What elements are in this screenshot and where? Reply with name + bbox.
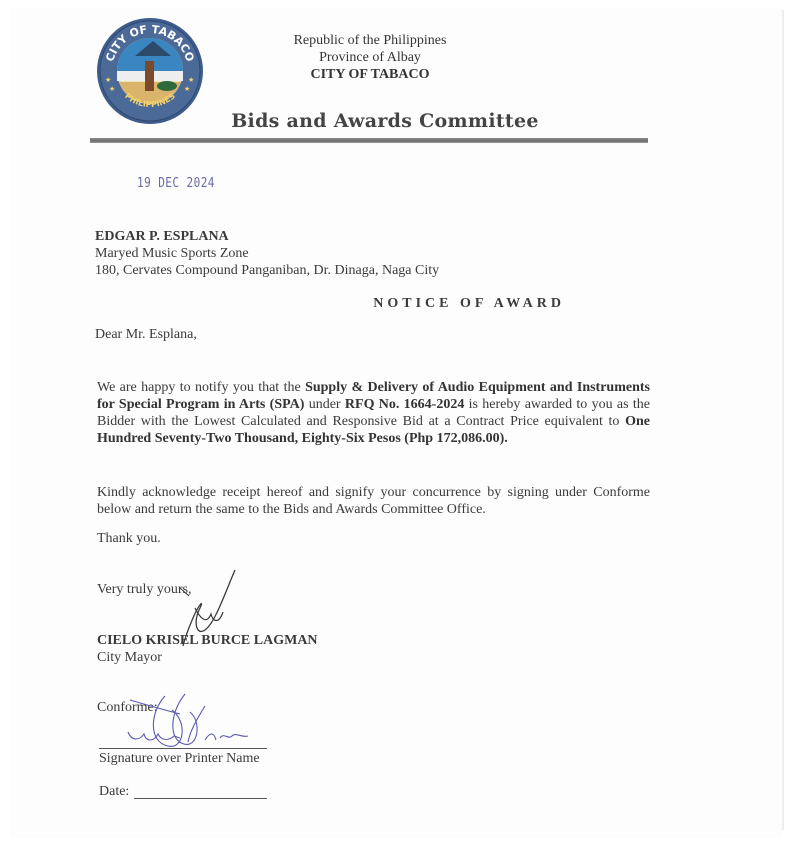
award-paragraph: We are happy to notify you that the Supp… bbox=[97, 379, 650, 447]
svg-text:★: ★ bbox=[184, 85, 190, 93]
signature-line bbox=[99, 748, 267, 749]
svg-text:★: ★ bbox=[188, 76, 194, 84]
document-title: NOTICE OF AWARD bbox=[95, 296, 565, 312]
office-title: Bids and Awards Committee bbox=[220, 110, 550, 132]
addressee-block: EDGAR P. ESPLANA Maryed Music Sports Zon… bbox=[95, 228, 439, 279]
signer-name: CIELO KRISEL BURCE LAGMAN bbox=[97, 633, 318, 649]
scan-edge bbox=[782, 10, 784, 830]
addressee-company: Maryed Music Sports Zone bbox=[95, 245, 439, 262]
signer-title: City Mayor bbox=[97, 650, 162, 666]
header-divider bbox=[90, 138, 648, 143]
svg-text:★: ★ bbox=[109, 85, 115, 93]
svg-text:★: ★ bbox=[105, 76, 111, 84]
date-label: Date: bbox=[99, 784, 129, 800]
header-province: Province of Albay bbox=[220, 49, 520, 66]
bidder-signature bbox=[110, 692, 260, 754]
addressee-name: EDGAR P. ESPLANA bbox=[95, 228, 439, 245]
thanks-line: Thank you. bbox=[97, 531, 161, 547]
salutation: Dear Mr. Esplana, bbox=[95, 327, 197, 343]
rfq-number: RFQ No. 1664-2024 bbox=[345, 397, 464, 412]
award-text: We are happy to notify you that the bbox=[97, 380, 305, 395]
header-city: CITY OF TABACO bbox=[220, 66, 520, 83]
signature-caption: Signature over Printer Name bbox=[99, 751, 260, 767]
date-field-line bbox=[134, 798, 267, 799]
addressee-address: 180, Cervates Compound Panganiban, Dr. D… bbox=[95, 262, 439, 279]
award-text: under bbox=[304, 397, 345, 412]
received-date-stamp: 19 DEC 2024 bbox=[137, 176, 215, 191]
city-seal-icon: CITY OF TABACO PHILIPPINES ★★ ★★ bbox=[95, 16, 205, 126]
header-republic: Republic of the Philippines bbox=[220, 32, 520, 49]
acknowledge-paragraph: Kindly acknowledge receipt hereof and si… bbox=[97, 484, 650, 518]
